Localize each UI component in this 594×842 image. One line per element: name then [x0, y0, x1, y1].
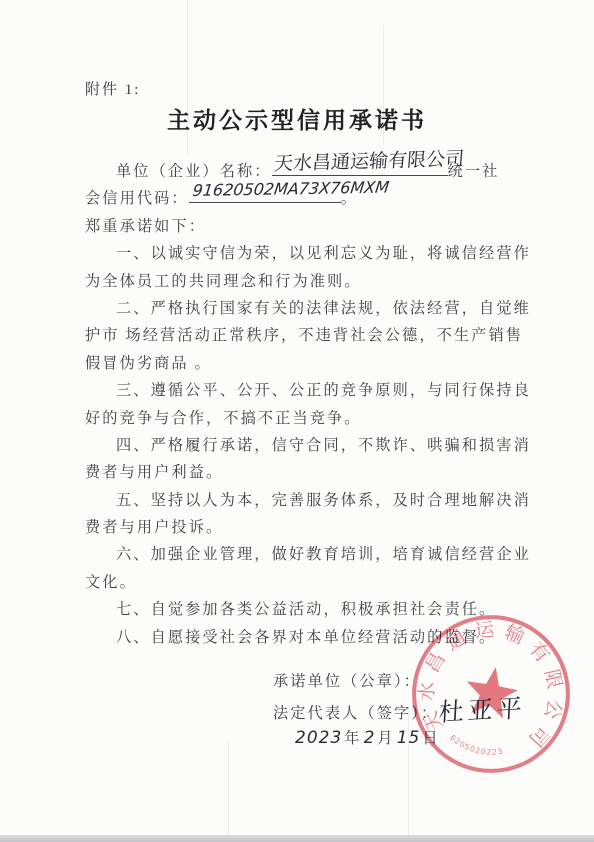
scanner-edge-strip: [0, 835, 594, 842]
scan-crease: [228, 742, 229, 835]
legal-rep-label: 法定代表人（签字）：: [273, 705, 438, 722]
promise-unit-line: 承诺单位（公章）：: [273, 668, 593, 696]
date-day-handwritten: 15: [397, 728, 421, 748]
legal-rep-line: 法定代表人（签字）：杜亚平: [273, 696, 593, 724]
clause-line: 费者与用户利益。: [85, 459, 521, 486]
date-line: 2023年2月15日: [273, 724, 593, 752]
clause-line: 七、自觉参加各类公益活动，积极承担社会责任。: [85, 596, 521, 623]
clause-line: 费者与用户投诉。: [85, 514, 521, 541]
attachment-label: 附件 1:: [85, 78, 140, 99]
pledge-intro-line: 郑重承诺如下：: [85, 213, 521, 240]
credit-code-line: 会信用代码：91620502MA73X76MXM。: [85, 185, 521, 212]
credit-code-field: 91620502MA73X76MXM: [189, 187, 341, 203]
clause-line: 五、坚持以人为本，完善服务体系，及时合理地解决消: [85, 487, 521, 514]
date-month-unit: 月: [377, 730, 394, 747]
clause-line: 文化。: [85, 569, 521, 596]
clause-line: 三、遵循公平、公开、公正的竞争原则，与同行保持良: [85, 377, 521, 404]
scanned-document-page: 附件 1: 主动公示型信用承诺书 单位（企业）名称：天水昌通运输有限公司统一社 …: [0, 0, 594, 842]
closing-block: 承诺单位（公章）： 法定代表人（签字）：杜亚平 2023年2月15日: [273, 668, 593, 752]
clause-line: 好的竞争与合作，不搞不正当竞争。: [85, 405, 521, 432]
date-month-handwritten: 2: [364, 728, 376, 748]
clause-line: 四、严格履行承诺，信守合同，不欺诈、哄骗和损害消: [85, 432, 521, 459]
clause-line: 一、以诚实守信为荣，以见利忘义为耻，将诚信经营作: [85, 240, 521, 267]
clause-line: 为全体员工的共同理念和行为准则。: [85, 268, 521, 295]
clause-line: 六、加强企业管理，做好教育培训，培育诚信经营企业: [85, 541, 521, 568]
clause-line: 二、严格执行国家有关的法律法规，依法经营，自觉维: [85, 295, 521, 322]
document-title: 主动公示型信用承诺书: [0, 102, 594, 135]
date-day-unit: 日: [422, 730, 439, 747]
legal-rep-signature-handwritten: 杜亚平: [438, 694, 526, 727]
date-year-unit: 年: [344, 730, 361, 747]
document-body: 单位（企业）名称：天水昌通运输有限公司统一社 会信用代码：91620502MA7…: [85, 158, 521, 651]
clause-line: 八、自愿接受社会各界对本单位经营活动的监督。: [85, 624, 521, 651]
clause-line: 护市 场经营活动正常秩序，不违背社会公德，不生产销售: [85, 322, 521, 349]
credit-code-handwritten: 91620502MA73X76MXM: [191, 173, 391, 204]
clause-line: 假冒伪劣商品 。: [85, 350, 521, 377]
credit-code-label: 会信用代码：: [85, 190, 189, 207]
date-year-handwritten: 2023: [295, 728, 342, 748]
